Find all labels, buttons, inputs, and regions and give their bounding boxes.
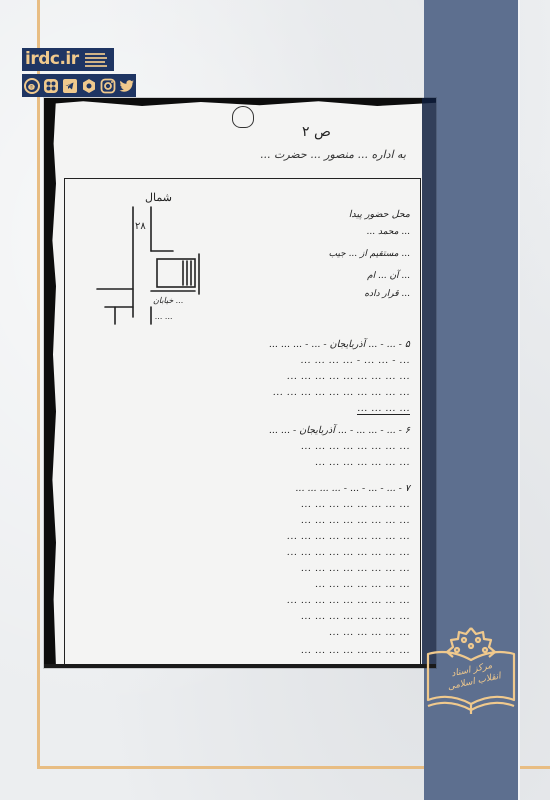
doc-top-edge: [44, 98, 436, 106]
crest-icon: [232, 106, 254, 128]
paragraph-line: ۶ - ... - ... ... - ... آذربایجان - ... …: [269, 425, 410, 436]
eitaa-icon[interactable]: [24, 78, 40, 94]
doc-left-edge: [44, 98, 56, 668]
paragraph-line: ... ... ... ...: [357, 403, 410, 415]
paragraph-line: ... ... ... ... ... ... ... ... ... ...: [273, 387, 410, 398]
location-sketch: ۲۸ خیابان ... ... ...: [75, 199, 215, 329]
paragraph-line: ... ... ... ... ... ... ... ... ...: [287, 547, 410, 558]
paragraph-line: ... ... ... ... ... ...: [329, 627, 410, 638]
document-scan: ص ۲ به اداره ... منصور ... حضرت ... شمال…: [44, 98, 436, 668]
paragraph-line: ... ... ... ... ... ... ... ...: [301, 515, 410, 526]
paragraph-line: ۵ - ... - ... آذربایجان - ... - ... ... …: [269, 339, 410, 350]
svg-text:... ...: ... ...: [155, 312, 173, 321]
soroush-icon[interactable]: [81, 78, 97, 94]
doc-right-overlay: [422, 98, 436, 668]
doc-bottom-edge: [44, 664, 436, 668]
paragraph-line: ... - ... ... - ... ... ... ...: [301, 355, 411, 366]
paragraph-line: ۷ - ... - ... - ... - ... ... ... ...: [295, 483, 410, 494]
addressee-line: به اداره ... منصور ... حضرت ...: [260, 148, 406, 161]
instagram-icon[interactable]: [100, 78, 116, 94]
site-badge[interactable]: irdc.ir: [22, 48, 114, 71]
right-block-line: ... آن ... ام: [367, 271, 410, 281]
right-block-line: ... مستقیم از ... جیب: [329, 249, 410, 259]
paragraph-line: ... ... ... ... ... ... ...: [315, 579, 410, 590]
paragraph-line: ... ... ... ... ... ... ... ...: [301, 441, 410, 452]
twitter-icon[interactable]: [119, 78, 135, 94]
org-name-lines: [85, 53, 107, 67]
right-block-line: ... محمد ...: [367, 227, 410, 237]
svg-text:۲۸: ۲۸: [135, 221, 146, 232]
paragraph-line: ... ... ... ... ... ... ... ...: [301, 611, 410, 622]
social-icons-bar: [22, 74, 136, 97]
frame-left-line: [37, 0, 40, 769]
right-block-line: ... قرار داده: [364, 289, 410, 299]
side-panel-divider: [518, 0, 520, 800]
paragraph-line: ... ... ... ... ... ... ... ...: [301, 563, 410, 574]
document-header-mark: ص ۲: [302, 124, 331, 140]
rubika-icon[interactable]: [43, 78, 59, 94]
paragraph-line: ... ... ... ... ... ... ... ...: [301, 499, 410, 510]
telegram-icon[interactable]: [62, 78, 78, 94]
svg-text:خیابان ...: خیابان ...: [153, 296, 184, 305]
paragraph-line: ... ... ... ... ... ... ... ... ...: [287, 531, 410, 542]
site-url[interactable]: irdc.ir: [25, 48, 79, 71]
document-body-box: شمال ۲۸ خیابان ... ... ... محل: [64, 178, 421, 667]
right-block-line: محل حضور پیدا: [349, 209, 410, 220]
paragraph-line: ... ... ... ... ... ... ... ...: [301, 645, 410, 656]
paragraph-line: ... ... ... ... ... ... ...: [315, 457, 410, 468]
paragraph-line: ... ... ... ... ... ... ... ... ...: [287, 595, 410, 606]
paragraph-line: ... ... ... ... ... ... ... ... ...: [287, 371, 410, 382]
